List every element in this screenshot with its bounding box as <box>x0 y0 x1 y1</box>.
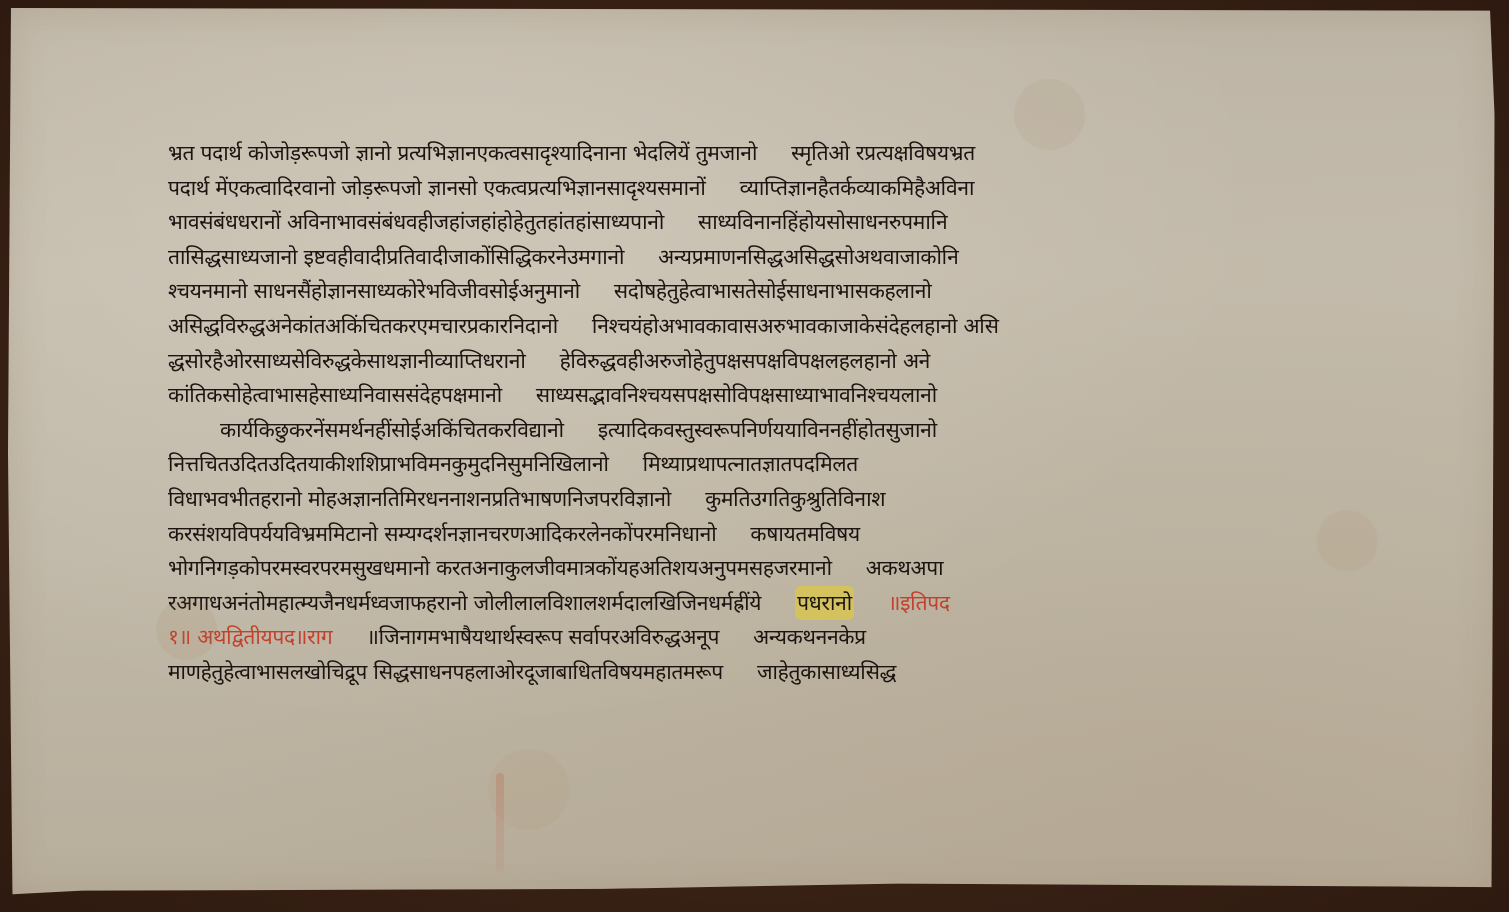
manuscript-line: असिद्धविरुद्धअनेकांतअकिंचितकरएमचारप्रकार… <box>168 309 1368 344</box>
line-segment: जाहेतुकासाध्यसिद्ध <box>757 655 896 690</box>
manuscript-line: द्धसोरहैओरसाध्यसेविरुद्धकेसाथज्ञानीव्याप… <box>168 344 1368 379</box>
line-segment: साध्यसद्भावनिश्चयसपक्षसोविपक्षसाध्याभावन… <box>536 378 937 413</box>
line-segment: हेविरुद्धवहीअरुजोहेतुपक्षसपक्षविपक्षलहलह… <box>560 344 930 379</box>
line-segment: इत्यादिकवस्तुस्वरूपनिर्णययाविननहींहोतसुज… <box>598 413 937 448</box>
line-segment: कुमतिउगतिकुश्रुतिविनाश <box>705 482 885 517</box>
manuscript-text-block: भ्रत पदार्थ कोजोड़रूपजो ज्ञानो प्रत्यभिज… <box>168 136 1368 690</box>
line-segment: कांतिकसोहेत्वाभासहेसाध्यनिवाससंदेहपक्षमा… <box>168 378 502 413</box>
manuscript-line: विधाभवभीतहरानो मोहअज्ञानतिमिरधननाशनप्रति… <box>168 482 1368 517</box>
manuscript-line: भोगनिगड़कोपरमस्वरपरमसुखधमानो करतअनाकुलजी… <box>168 551 1368 586</box>
line-segment: पदार्थ मेंएकत्वादिरवानो जोड़रूपजो ज्ञानस… <box>168 171 706 206</box>
manuscript-line: पदार्थ मेंएकत्वादिरवानो जोड़रूपजो ज्ञानस… <box>168 171 1368 206</box>
line-segment: भ्रत पदार्थ कोजोड़रूपजो ज्ञानो प्रत्यभिज… <box>168 136 757 171</box>
line-segment: ॥जिनागमभाषैयथार्थस्वरूप सर्वापरअविरुद्धअ… <box>366 620 719 655</box>
manuscript-line: भ्रत पदार्थ कोजोड़रूपजो ज्ञानो प्रत्यभिज… <box>168 136 1368 171</box>
manuscript-line: करसंशयविपर्ययविभ्रममिटानो सम्यग्दर्शनज्ञ… <box>168 517 1368 552</box>
manuscript-line: नित्तचितउदितउदितयाकीशशिप्राभविमनकुमुदनिस… <box>168 447 1368 482</box>
line-segment: स्मृतिओ रप्रत्यक्षविषयभ्रत <box>791 136 975 171</box>
line-segment: भावसंबंधधरानों अविनाभावसंबंधवहीजहांजहांह… <box>168 205 664 240</box>
rubric-text: १॥ अथद्वितीयपद॥राग <box>168 620 332 655</box>
line-segment: अन्यकथननकेप्र <box>753 620 866 655</box>
manuscript-line: माणहेतुहेत्वाभासलखोचिद्रूप सिद्धसाधनपहला… <box>168 655 1368 690</box>
line-segment: सदोषहेतुहेत्वाभासतेसोईसाधनाभासकहलानो <box>614 274 932 309</box>
line-segment: मिथ्याप्रथापत्नातज्ञातपदमिलत <box>643 447 858 482</box>
rubric-text: ॥इतिपद <box>888 586 950 621</box>
manuscript-line: तासिद्धसाध्यजानो इष्टवहीवादीप्रतिवादीजाक… <box>168 240 1368 275</box>
line-segment: द्धसोरहैओरसाध्यसेविरुद्धकेसाथज्ञानीव्याप… <box>168 344 526 379</box>
line-segment: तासिद्धसाध्यजानो इष्टवहीवादीप्रतिवादीजाक… <box>168 240 624 275</box>
line-segment: माणहेतुहेत्वाभासलखोचिद्रूप सिद्धसाधनपहला… <box>168 655 723 690</box>
manuscript-line: रअगाधअनंतोमहात्म्यजैनधर्मध्वजाफहरानो जोल… <box>168 586 1368 621</box>
line-segment: श्चयनमानो साधनसैंहोज्ञानसाध्यकोरेभविजीवस… <box>168 274 580 309</box>
line-segment: कषायतमविषय <box>750 517 859 552</box>
manuscript-line: भावसंबंधधरानों अविनाभावसंबंधवहीजहांजहांह… <box>168 205 1368 240</box>
manuscript-folio: भ्रत पदार्थ कोजोड़रूपजो ज्ञानो प्रत्यभिज… <box>8 8 1496 896</box>
line-segment: अकथअपा <box>866 551 944 586</box>
line-segment: विधाभवभीतहरानो मोहअज्ञानतिमिरधननाशनप्रति… <box>168 482 671 517</box>
line-segment: निश्चयंहोअभावकावासअरुभावकाजाकेसंदेहलहानो… <box>592 309 999 344</box>
line-segment: असिद्धविरुद्धअनेकांतअकिंचितकरएमचारप्रकार… <box>168 309 558 344</box>
line-segment: करसंशयविपर्ययविभ्रममिटानो सम्यग्दर्शनज्ञ… <box>168 517 716 552</box>
line-segment: व्याप्तिज्ञानहैतर्कव्याकमिहैअविना <box>740 171 975 206</box>
line-segment: नित्तचितउदितउदितयाकीशशिप्राभविमनकुमुदनिस… <box>168 447 609 482</box>
line-segment: साध्यविनानहिंहोयसोसाधनरुपमानि <box>698 205 947 240</box>
line-segment: अन्यप्रमाणनसिद्धअसिद्धसोअथवाजाकोनि <box>658 240 958 275</box>
line-segment: रअगाधअनंतोमहात्म्यजैनधर्मध्वजाफहरानो जोल… <box>168 586 761 621</box>
line-segment: भोगनिगड़कोपरमस्वरपरमसुखधमानो करतअनाकुलजी… <box>168 551 832 586</box>
manuscript-line: कार्यकिछुकरनेंसमर्थनहींसोईअकिंचितकरविद्य… <box>168 413 1368 448</box>
manuscript-line: १॥ अथद्वितीयपद॥राग॥जिनागमभाषैयथार्थस्वरू… <box>168 620 1368 655</box>
manuscript-line: श्चयनमानो साधनसैंहोज्ञानसाध्यकोरेभविजीवस… <box>168 274 1368 309</box>
highlighted-text: पधरानो <box>795 586 854 621</box>
line-segment: कार्यकिछुकरनेंसमर्थनहींसोईअकिंचितकरविद्य… <box>220 413 564 448</box>
red-ink-stain <box>496 773 504 873</box>
manuscript-line: कांतिकसोहेत्वाभासहेसाध्यनिवाससंदेहपक्षमा… <box>168 378 1368 413</box>
